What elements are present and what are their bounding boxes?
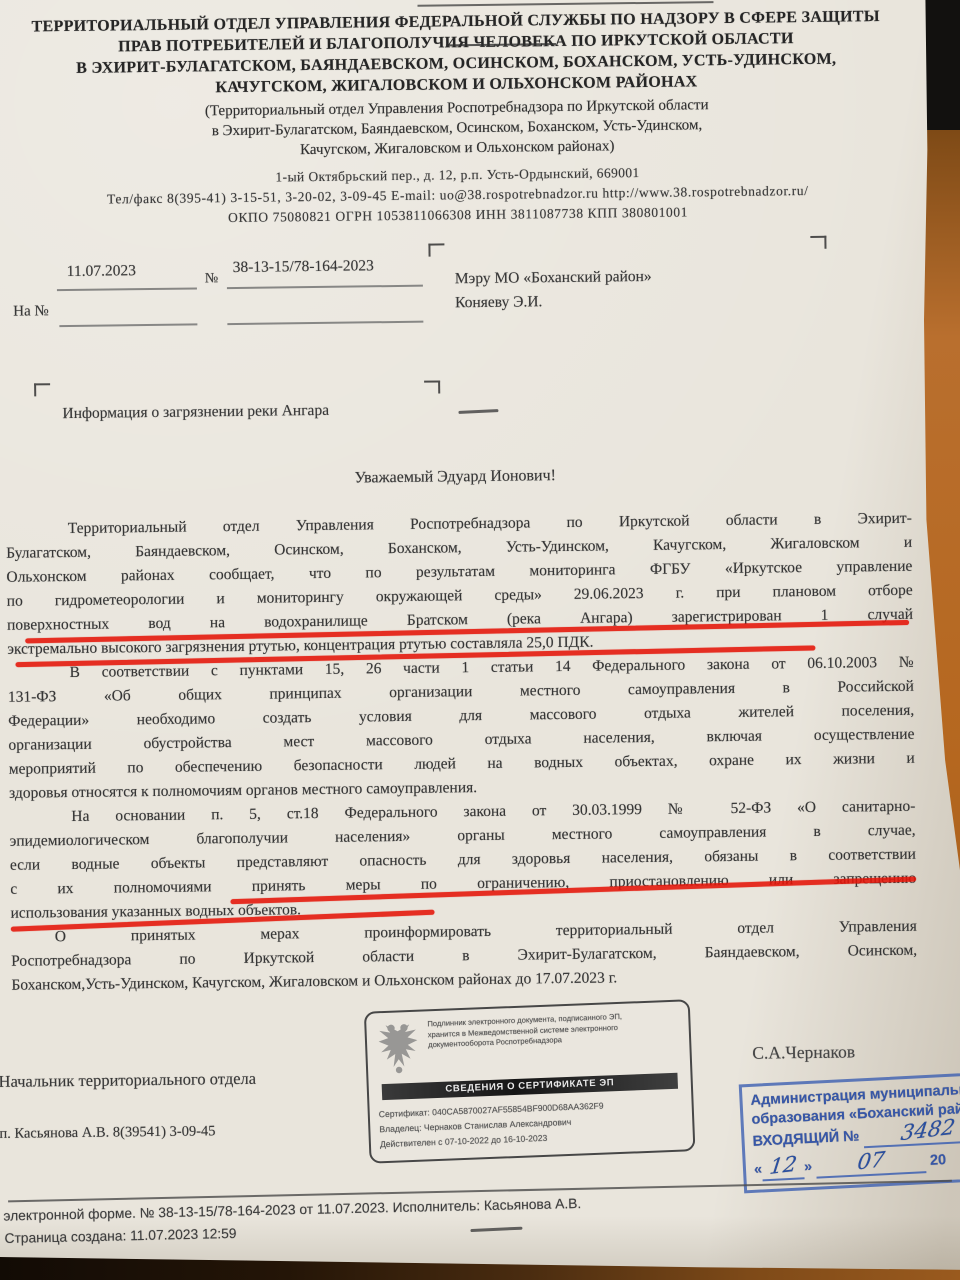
executor-line: исп. Касьянова А.В. 8(39541) 3-09-45 <box>0 1123 216 1143</box>
quote-mark: » <box>804 1159 813 1175</box>
day-field: 12 <box>762 1155 805 1181</box>
letter-number: 38-13-15/78-164-2023 <box>233 257 374 277</box>
signer-position: Начальник территориального отдела <box>0 1069 256 1092</box>
body-paragraph-4: О принятых мерах проинформировать террит… <box>11 915 918 998</box>
corner-mark <box>428 243 444 256</box>
document-content: ТЕРРИТОРИАЛЬНЫЙ ОТДЕЛ УПРАВЛЕНИЯ ФЕДЕРАЛ… <box>0 0 960 1280</box>
blank-line <box>227 321 423 325</box>
year-prefix: 20 <box>930 1152 947 1169</box>
blank-line <box>227 285 423 289</box>
corner-mark <box>34 383 50 396</box>
number-sign: № <box>205 271 219 287</box>
incoming-label: ВХОДЯЩИЙ № <box>752 1128 860 1149</box>
body-paragraph-2: В соответствии с пунктами 15, 26 части 1… <box>7 651 915 806</box>
letter-date: 11.07.2023 <box>67 262 136 281</box>
handwritten-month: 07 <box>856 1150 885 1172</box>
recipient-person: Коняеву Э.И. <box>455 293 542 312</box>
signer-name: С.А.Чернаков <box>752 1041 855 1063</box>
eds-stamp: Подлинник электронного документа, подпис… <box>364 999 696 1163</box>
recipient-name: Мэру МО «Боханский район» <box>455 268 652 288</box>
incoming-stamp: Администрация муниципально образования «… <box>739 1070 960 1194</box>
body-paragraph-3: На основании п. 5, ст.18 Федерального за… <box>9 795 916 926</box>
coat-of-arms-icon <box>375 1020 421 1078</box>
pen-mark <box>458 409 498 414</box>
blank-line <box>57 287 197 290</box>
pen-mark <box>470 1227 522 1232</box>
eds-bar-title: СВЕДЕНИЯ О СЕРТИФИКАТЕ ЭП <box>382 1073 678 1100</box>
footer-created-info: Страница создана: 11.07.2023 12:59 <box>4 1226 236 1246</box>
salutation: Уважаемый Эдуард Ионович! <box>0 463 911 492</box>
month-field: 07 <box>816 1149 927 1179</box>
corner-mark <box>810 236 826 249</box>
subject-line: Информация о загрязнении реки Ангара <box>62 402 329 423</box>
handwritten-number: 3482 <box>900 1118 956 1144</box>
on-number-label: На № <box>13 303 49 320</box>
handwritten-day: 12 <box>768 1155 797 1177</box>
scan-cutoff-line <box>417 1 713 7</box>
photo-of-document: { "letterhead": { "bold_lines": [ "ТЕРРИ… <box>0 0 960 1280</box>
corner-mark <box>424 380 440 393</box>
blank-line <box>59 323 197 326</box>
